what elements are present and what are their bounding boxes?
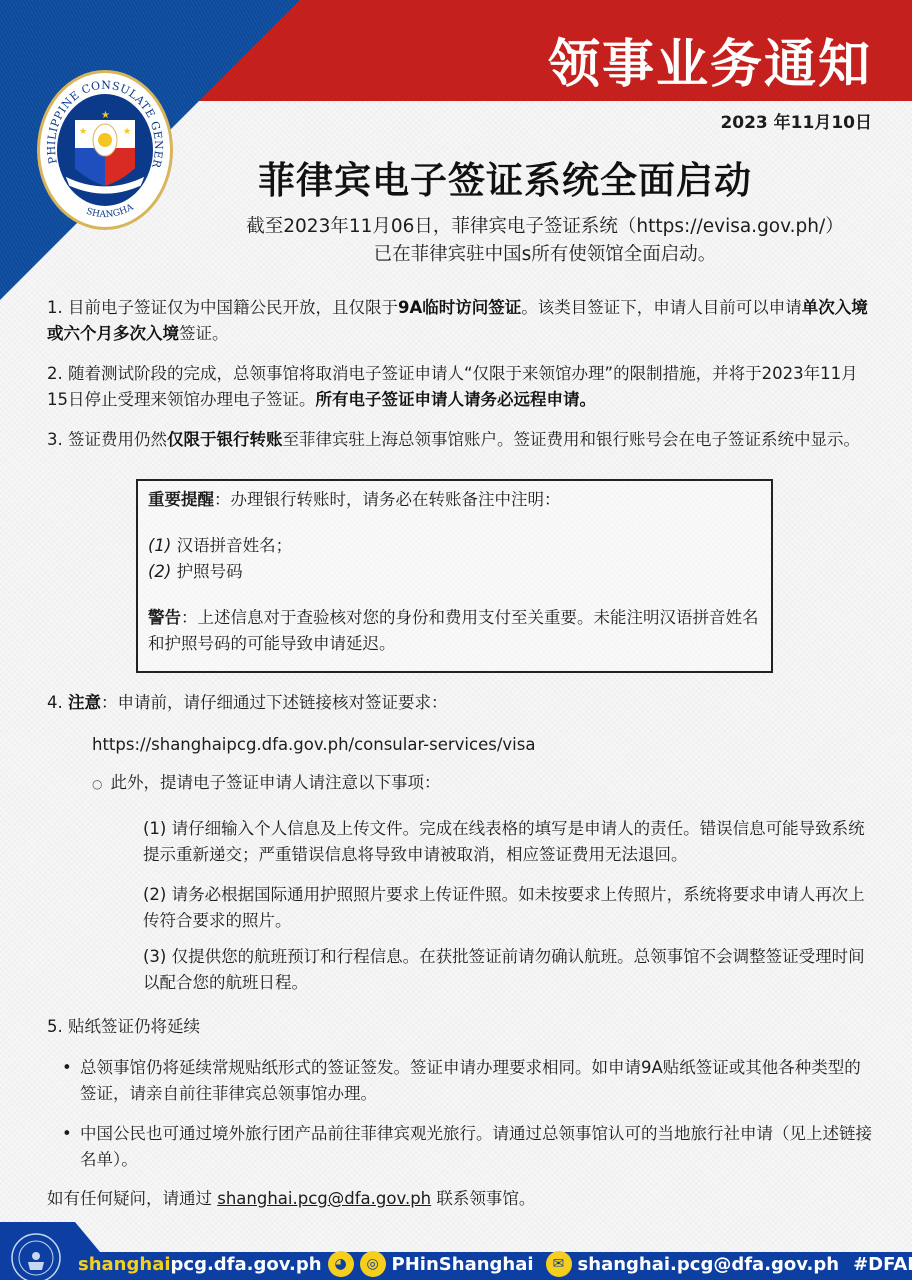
important-reminder-box: 重要提醒：办理银行转账时，请务必在转账备注中注明： (1) 汉语拼音姓名； (2… (136, 479, 773, 673)
reminder-point-2: (2) 护照号码 (148, 559, 761, 585)
footer-email-link[interactable]: shanghai.pcg@dfa.gov.ph (578, 1254, 840, 1275)
consulate-seal-logo: PHILIPPINE CONSULATE GENERAL SHANGHAI ★ … (35, 68, 175, 233)
hollow-bullet-icon: ○ (92, 777, 102, 791)
subtitle: 截至2023年11月06日，菲律宾电子签证系统（https://evisa.go… (200, 213, 890, 269)
footer-contact-bar: shanghaipcg.dfa.gov.ph ◕ ◎ PHinShanghai … (0, 1248, 912, 1280)
sticker-visa-bullet-1: • 总领事馆仍将延续常规贴纸形式的签证签发。签证申请办理要求相同。如申请9A贴纸… (62, 1055, 872, 1107)
reminder-point-1: (1) 汉语拼音姓名； (148, 533, 761, 559)
reminder-line: 重要提醒：办理银行转账时，请务必在转账备注中注明： (148, 487, 761, 513)
svg-text:★: ★ (101, 110, 110, 121)
warning-line: 警告：上述信息对于查验核对您的身份和费用支付至关重要。未能注明汉语拼音姓名和护照… (148, 605, 761, 657)
notice-date: 2023 年11月10日 (720, 108, 872, 133)
item-1: 1. 目前电子签证仅为中国籍公民开放，且仅限于9A临时访问签证。该类目签证下，申… (47, 295, 872, 347)
sticker-visa-bullet-2: • 中国公民也可通过境外旅行团产品前往菲律宾观光旅行。请通过总领事馆认可的当地旅… (62, 1121, 872, 1173)
svg-text:★: ★ (123, 127, 131, 137)
note-item-3: (3) 仅提供您的航班预订和行程信息。在获批签证前请勿确认航班。总领事馆不会调整… (143, 944, 873, 996)
item-3: 3. 签证费用仍然仅限于银行转账至菲律宾驻上海总领事馆账户。签证费用和银行账号会… (47, 427, 872, 453)
contact-email-link[interactable]: shanghai.pcg@dfa.gov.ph (217, 1189, 431, 1208)
bullet-icon: • (62, 1055, 72, 1081)
note-item-2: (2) 请务必根据国际通用护照照片要求上传证件照。如未按要求上传照片，系统将要求… (143, 882, 873, 934)
header-title: 领事业务通知 (548, 22, 872, 97)
mail-icon: ✉ (546, 1251, 572, 1277)
item-4: 4. 注意：申请前，请仔细通过下述链接核对签证要求： (47, 690, 872, 716)
footer-hashtag: #DFAForgingAhead (853, 1254, 912, 1275)
wechat-icon[interactable]: ◕ (328, 1251, 354, 1277)
svg-text:★: ★ (79, 127, 87, 137)
instagram-icon[interactable]: ◎ (360, 1251, 386, 1277)
note-item-1: (1) 请仔细输入个人信息及上传文件。完成在线表格的填写是申请人的责任。错误信息… (143, 816, 873, 868)
bullet-icon: • (62, 1121, 72, 1147)
visa-requirements-link[interactable]: https://shanghaipcg.dfa.gov.ph/consular-… (92, 732, 535, 758)
subtitle-line-1: 截至2023年11月06日，菲律宾电子签证系统（https://evisa.go… (200, 213, 890, 241)
main-title: 菲律宾电子签证系统全面启动 (258, 150, 752, 204)
additional-notes-heading: ○此外，提请电子签证申请人请注意以下事项： (92, 770, 440, 797)
footer-website-link[interactable]: shanghaipcg.dfa.gov.ph (78, 1254, 322, 1275)
contact-line: 如有任何疑问，请通过 shanghai.pcg@dfa.gov.ph 联系领事馆… (47, 1186, 535, 1212)
footer-social-handle[interactable]: PHinShanghai (392, 1254, 534, 1275)
item-5-title: 5. 贴纸签证仍将延续 (47, 1014, 872, 1040)
item-2: 2. 随着测试阶段的完成，总领事馆将取消电子签证申请人“仅限于来领馆办理”的限制… (47, 361, 872, 413)
subtitle-line-2: 已在菲律宾驻中国s所有使领馆全面启动。 (200, 241, 890, 269)
